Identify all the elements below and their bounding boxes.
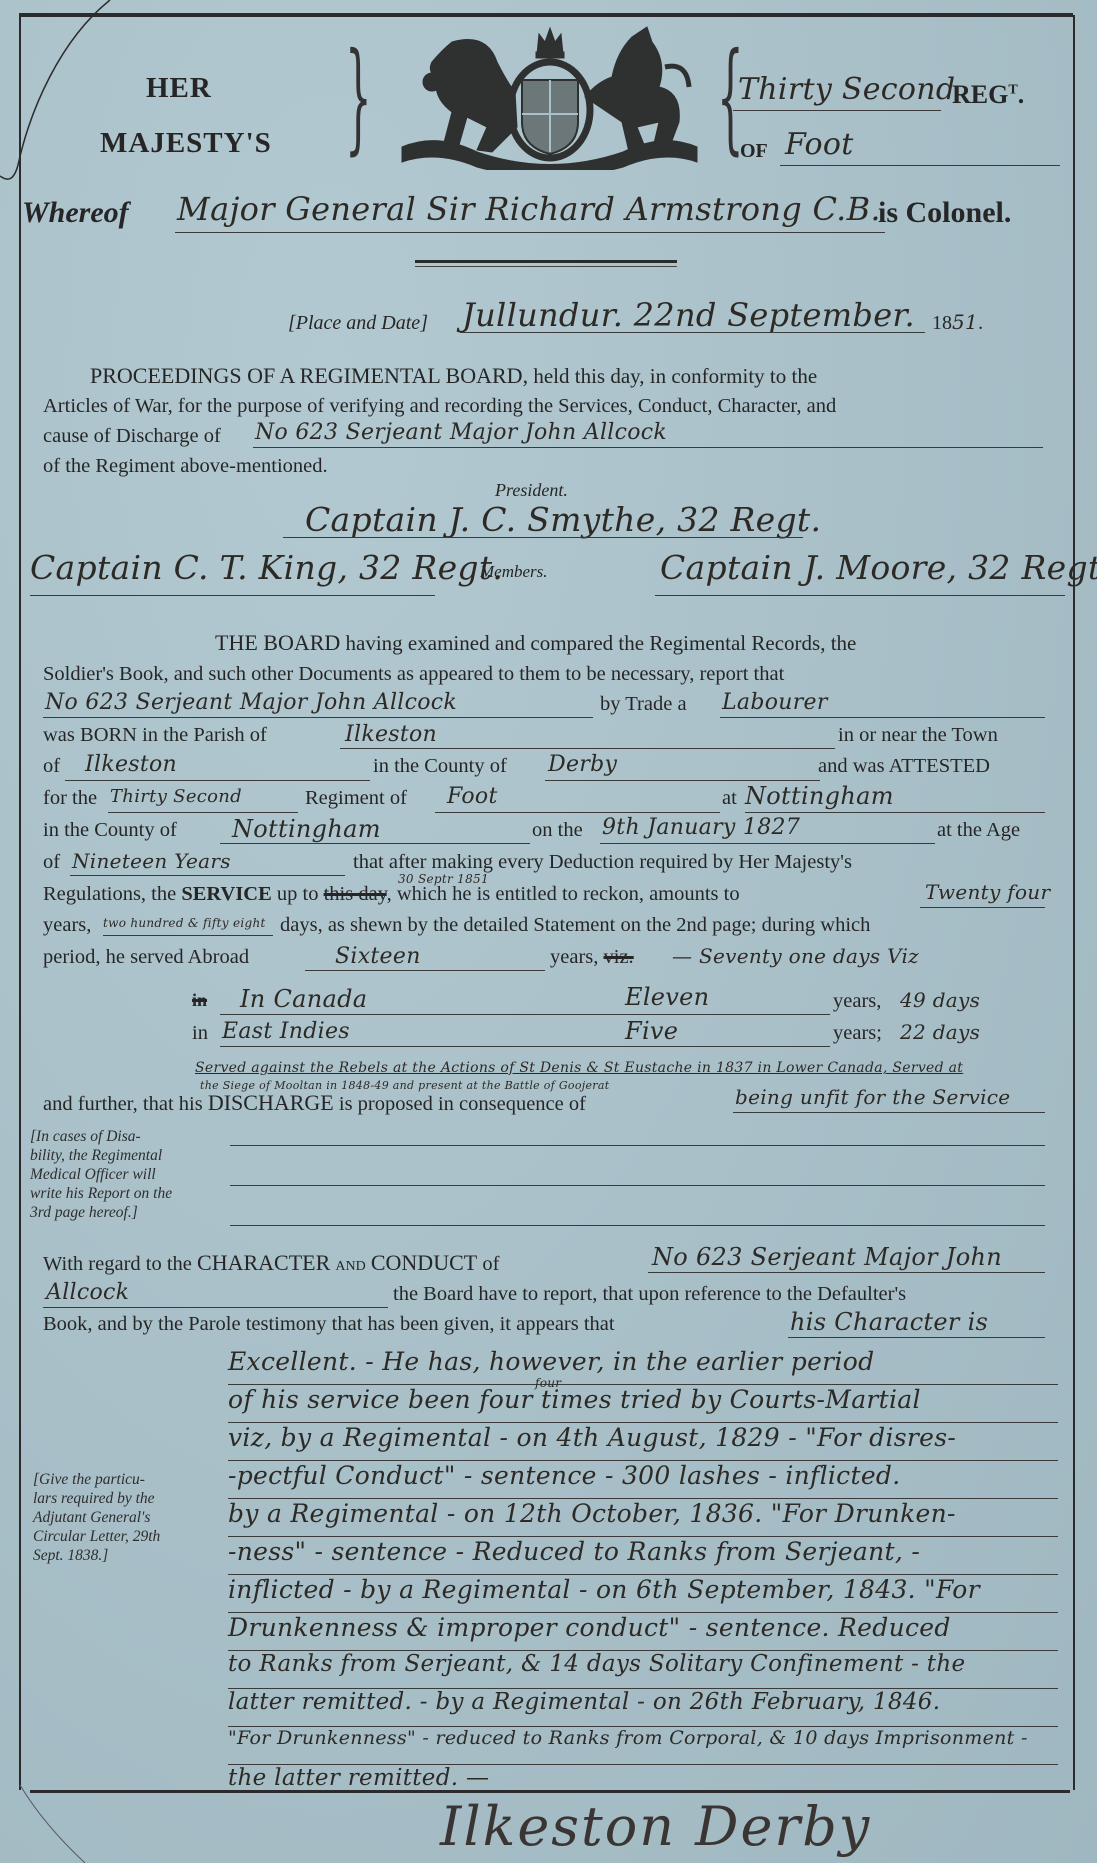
service-years-field[interactable]: Twenty four bbox=[925, 880, 1050, 904]
at-label: at bbox=[722, 787, 737, 810]
years-label: years, bbox=[43, 914, 91, 937]
report-line-1: THE BOARD having examined and compared t… bbox=[215, 630, 856, 656]
service-line: Regulations, the SERVICE up to this day,… bbox=[43, 883, 740, 906]
for-the-label: for the bbox=[43, 787, 97, 810]
in-county-label: in the County of bbox=[43, 819, 177, 842]
member-1-field[interactable]: Captain C. T. King, 32 Regt. bbox=[30, 548, 503, 587]
inserted-date-annotation: 30 Septr 1851 bbox=[398, 872, 489, 886]
character-soldier-field-2[interactable]: Allcock bbox=[46, 1280, 129, 1305]
year-field[interactable]: 1851. bbox=[932, 310, 983, 335]
inserted-word-annotation: four bbox=[535, 1376, 561, 1390]
report-line-2: Soldier's Book, and such other Documents… bbox=[43, 663, 784, 686]
attested-date-field[interactable]: 9th January 1827 bbox=[602, 815, 800, 840]
regiment-type-field[interactable]: Foot bbox=[785, 127, 854, 162]
disability-note: [In cases of Disa- bility, the Regimenta… bbox=[30, 1127, 172, 1222]
trade-label: by Trade a bbox=[600, 693, 687, 716]
abroad-years-field[interactable]: Sixteen bbox=[335, 944, 421, 969]
particulars-note: [Give the particu- lars required by the … bbox=[33, 1470, 160, 1565]
county-label: in the County of bbox=[373, 755, 507, 778]
regt-label: REGT. bbox=[952, 80, 1024, 110]
abroad-row-2-place[interactable]: East Indies bbox=[222, 1019, 350, 1044]
member-2-field[interactable]: Captain J. Moore, 32 Regt. bbox=[660, 548, 1097, 587]
president-label: President. bbox=[495, 480, 568, 501]
abroad-row-1-label: years, bbox=[833, 990, 881, 1013]
top-rule bbox=[19, 13, 1073, 17]
parish-field[interactable]: Ilkeston bbox=[345, 722, 437, 747]
of-town-label: of bbox=[43, 755, 60, 778]
abroad-row-1-place[interactable]: In Canada bbox=[240, 985, 367, 1013]
born-label: was BORN in the Parish of bbox=[43, 724, 267, 747]
attested-regiment-field[interactable]: Thirty Second bbox=[110, 786, 242, 807]
place-date-field[interactable]: Jullundur. 22nd September. bbox=[462, 296, 915, 334]
place-date-label: [Place and Date] bbox=[288, 312, 428, 335]
proceedings-line-2: Articles of War, for the purpose of veri… bbox=[43, 395, 836, 418]
royal-coat-of-arms-icon bbox=[397, 22, 703, 170]
attested-place-field[interactable]: Nottingham bbox=[745, 782, 894, 810]
proceedings-line-3-label: cause of Discharge of bbox=[43, 425, 221, 448]
abroad-years-label: years, viz. bbox=[550, 946, 634, 969]
campaign-note-line-1: Served against the Rebels at the Actions… bbox=[195, 1060, 963, 1076]
medical-report-line-1[interactable] bbox=[230, 1145, 1045, 1146]
on-the-label: on the bbox=[532, 819, 583, 842]
days-text: days, as shewn by the detailed Statement… bbox=[280, 914, 870, 937]
abroad-row-2-label: years; bbox=[833, 1022, 882, 1045]
town-field[interactable]: Ilkeston bbox=[85, 752, 177, 777]
proceedings-line-4: of the Regiment above-mentioned. bbox=[43, 455, 328, 478]
attested-county-field[interactable]: Nottingham bbox=[232, 815, 381, 843]
colonel-field[interactable]: Major General Sir Richard Armstrong C.B. bbox=[177, 190, 881, 228]
regiment-number-field[interactable]: Thirty Second bbox=[738, 72, 955, 107]
members-label: Members. bbox=[480, 562, 548, 582]
margin-ink-curve-bottom bbox=[0, 1780, 120, 1863]
soldier-name-field[interactable]: No 623 Serjeant Major John Allcock bbox=[45, 690, 457, 715]
character-line-2: the Board have to report, that upon refe… bbox=[393, 1283, 906, 1306]
age-field[interactable]: Nineteen Years bbox=[72, 849, 231, 873]
character-line-3: Book, and by the Parole testimony that h… bbox=[43, 1313, 615, 1336]
header-majestys: MAJESTY'S bbox=[100, 127, 272, 160]
trade-field[interactable]: Labourer bbox=[722, 690, 828, 715]
abroad-row-1-years[interactable]: Eleven bbox=[625, 983, 709, 1011]
proceedings-line-1: PROCEEDINGS OF A REGIMENTAL BOARD, held … bbox=[90, 363, 817, 389]
of-label: OF bbox=[740, 140, 768, 163]
footer-annotation: Ilkeston Derby bbox=[440, 1795, 871, 1858]
medical-report-line-2[interactable] bbox=[230, 1185, 1045, 1186]
attested-label: and was ATTESTED bbox=[818, 755, 990, 778]
age-of-label: of bbox=[43, 851, 60, 874]
header-her: HER bbox=[146, 72, 212, 105]
medical-report-line-3[interactable] bbox=[230, 1225, 1045, 1226]
abroad-row-2-days[interactable]: 22 days bbox=[900, 1020, 980, 1044]
attested-regiment-type-field[interactable]: Foot bbox=[447, 784, 498, 809]
abroad-row-1-days[interactable]: 49 days bbox=[900, 988, 980, 1012]
abroad-row-2-years[interactable]: Five bbox=[625, 1017, 678, 1045]
discharge-reason-field[interactable]: being unfit for the Service bbox=[735, 1085, 1010, 1109]
president-field[interactable]: Captain J. C. Smythe, 32 Regt. bbox=[305, 500, 821, 539]
whereof-label: Whereof bbox=[22, 196, 129, 230]
abroad-label: period, he served Abroad bbox=[43, 946, 249, 969]
deduction-text: that after making every Deduction requir… bbox=[353, 851, 852, 874]
service-days-field[interactable]: two hundred & fifty eight bbox=[103, 916, 266, 930]
abroad-days-field[interactable]: — Seventy one days Viz bbox=[672, 944, 919, 968]
regiment-of-label: Regiment of bbox=[305, 787, 407, 810]
abroad-row-1-prefix: in bbox=[192, 990, 207, 1011]
is-colonel-label: is Colonel. bbox=[878, 196, 1011, 230]
discharge-of-field[interactable]: No 623 Serjeant Major John Allcock bbox=[255, 420, 667, 445]
discharge-line: and further, that his DISCHARGE is propo… bbox=[43, 1090, 586, 1116]
town-label: in or near the Town bbox=[838, 724, 998, 747]
character-label: With regard to the CHARACTER and CONDUCT… bbox=[43, 1250, 499, 1276]
left-brace: } bbox=[345, 38, 372, 158]
county-field[interactable]: Derby bbox=[548, 752, 617, 777]
character-body[interactable]: Excellent. - He has, however, in the ear… bbox=[228, 1347, 1058, 1802]
abroad-row-2-prefix: in bbox=[192, 1022, 208, 1045]
character-soldier-field-1[interactable]: No 623 Serjeant Major John bbox=[652, 1243, 1002, 1271]
at-age-label: at the Age bbox=[937, 819, 1020, 842]
character-verdict-field[interactable]: his Character is bbox=[790, 1308, 988, 1336]
section-rule bbox=[415, 260, 677, 263]
